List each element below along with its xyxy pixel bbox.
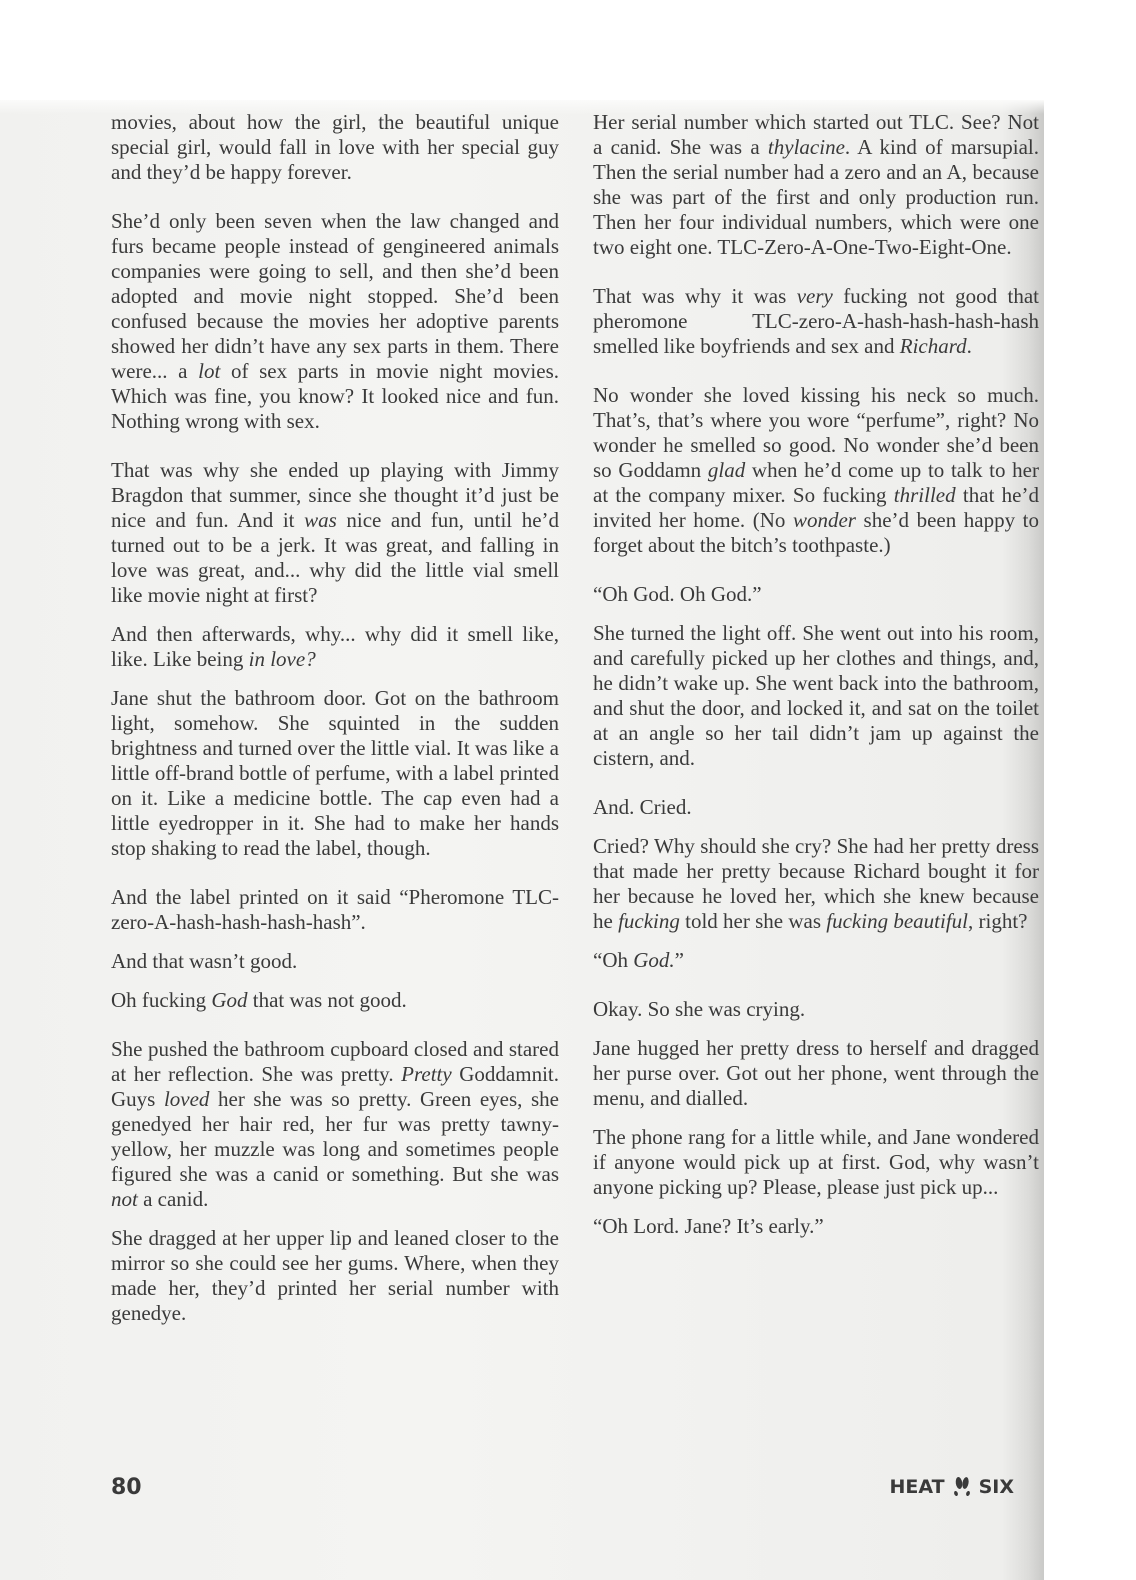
magazine-page: movies, about how the girl, the beautifu…: [0, 100, 1044, 1580]
paragraph: And that wasn’t good.: [111, 949, 559, 974]
paragraph: Oh fucking God that was not good.: [111, 988, 559, 1013]
paragraph: She’d only been seven when the law chang…: [111, 209, 559, 434]
paragraph: The phone rang for a little while, and J…: [593, 1125, 1039, 1200]
right-text-column: Her serial number which started out TLC.…: [593, 110, 1039, 1253]
paragraph: Her serial number which started out TLC.…: [593, 110, 1039, 260]
paragraph: Cried? Why should she cry? She had her p…: [593, 834, 1039, 934]
paragraph: movies, about how the girl, the beautifu…: [111, 110, 559, 185]
publication-name-left: HEAT: [890, 1476, 945, 1498]
paragraph: “Oh Lord. Jane? It’s early.”: [593, 1214, 1039, 1239]
paragraph: And the label printed on it said “Pherom…: [111, 885, 559, 935]
paragraph: And then afterwards, why... why did it s…: [111, 622, 559, 672]
paragraph: Okay. So she was crying.: [593, 997, 1039, 1022]
paragraph: And. Cried.: [593, 795, 1039, 820]
paragraph: That was why it was very fucking not goo…: [593, 284, 1039, 359]
paragraph: Jane shut the bathroom door. Got on the …: [111, 686, 559, 861]
left-text-column: movies, about how the girl, the beautifu…: [111, 110, 559, 1350]
paw-print-icon: [952, 1476, 972, 1498]
paragraph: She turned the light off. She went out i…: [593, 621, 1039, 771]
paragraph: Jane hugged her pretty dress to herself …: [593, 1036, 1039, 1111]
paragraph: “Oh God.”: [593, 948, 1039, 973]
paragraph: She pushed the bathroom cupboard closed …: [111, 1037, 559, 1212]
paragraph: That was why she ended up playing with J…: [111, 458, 559, 608]
publication-name-right: SIX: [979, 1476, 1014, 1498]
paragraph: She dragged at her upper lip and leaned …: [111, 1226, 559, 1326]
publication-footer: HEAT SIX: [890, 1476, 1014, 1498]
paragraph: No wonder she loved kissing his neck so …: [593, 383, 1039, 558]
paragraph: “Oh God. Oh God.”: [593, 582, 1039, 607]
page-number: 80: [111, 1475, 142, 1500]
